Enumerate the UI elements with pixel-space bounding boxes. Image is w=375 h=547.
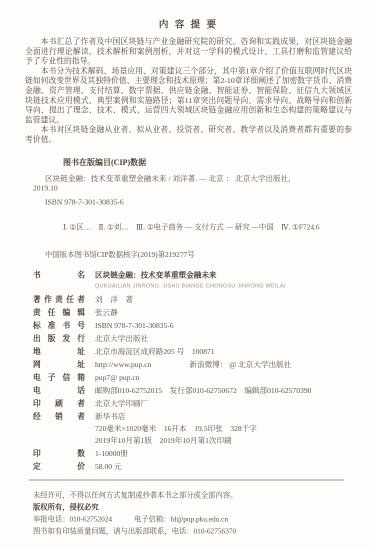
colophon-label: 电话 [33,386,85,396]
cip-classification: Ⅰ. ①区… Ⅱ. ①刘… Ⅲ. ①电子商务 — 支付方式 — 研究 —中国 Ⅳ… [63,221,352,232]
colophon-value-line: 新华书店 [95,412,352,422]
book-title-value: 区块链金融：技术变革重塑金融未来 [95,270,352,280]
page-stage: 内 容 提 要 本书汇总了作者及中国区块链与产业金融研究院的研究、咨询和实践成果… [0,0,375,547]
footer-line: 举报电话：010-62752024 电子信箱：fd@pup.pku.edu.cn [33,513,352,525]
colophon-row-distributor: 经销者 新华书店 720毫米×1020毫米 16开本 19.5印张 328千字 … [33,412,352,446]
colophon-label: 责任编辑 [33,308,85,318]
colophon-row-print-run: 印数 1-10000册 [33,449,352,459]
colophon-row-phone: 电话 邮购部010-62752015 发行部010-62750672 编辑部01… [33,386,352,396]
footer-line: 未经许可，不得以任何方式复制或抄袭本书之部分或全部内容。 [33,489,352,501]
colophon-row-isbn: 标准书号 ISBN 978-7-301-30835-6 [33,321,352,331]
book-title-pinyin: QUKUAILIAN JINRONG: JISHU BIANGE CHONGSU… [95,282,352,289]
colophon-row-editor: 责任编辑 张云静 [33,308,352,318]
cip-description-line: 区块链金融：技术变革重塑金融未来 / 刘洋著. — 北京 ： 北京大学出版社， [33,174,352,184]
colophon-value: 北京大学出版社 [85,334,352,344]
colophon-value: 1-10000册 [85,449,352,459]
colophon-value-line: 北京大学出版社 [95,334,352,344]
colophon-value-line: 720毫米×1020毫米 16开本 19.5印张 328千字 [95,424,352,434]
colophon-label: 标准书号 [33,321,85,331]
cip-section: 图书在版编目(CIP)数据 区块链金融：技术变革重塑金融未来 / 刘洋著. — … [33,156,352,260]
colophon-label: 书名 [33,270,85,291]
colophon-value-line: 2019年10月第1版 2019年10月第1次印刷 [95,436,352,446]
colophon-label: 印刷者 [33,399,85,409]
cip-header: 图书在版编目(CIP)数据 [63,156,352,168]
colophon-row-website: 网址 http://www.pup.cn 新浪微博： @ 北京大学出版社 [33,360,352,370]
summary-paragraph: 本书对区块链金融从业者、拟从业者、投资者、研究者、教学者以及消费者都有重要的参考… [25,125,352,145]
colophon-value: ISBN 978-7-301-30835-6 [85,321,352,331]
cip-record-number: 中国版本图书馆CIP数据核字(2019)第219277号 [45,249,352,260]
colophon-label: 电子信箱 [33,373,85,383]
colophon-value: http://www.pup.cn 新浪微博： @ 北京大学出版社 [85,360,352,370]
colophon-value-line: ISBN 978-7-301-30835-6 [95,321,352,331]
colophon-value: 邮购部010-62752015 发行部010-62750672 编辑部010-6… [85,386,352,396]
colophon-value-line: 北京大学印刷厂 [95,399,352,409]
colophon-label: 定价 [33,462,85,472]
colophon-value: 北京大学印刷厂 [85,399,352,409]
colophon-value: 新华书店 720毫米×1020毫米 16开本 19.5印张 328千字 2019… [85,412,352,446]
colophon-label: 著作责任者 [33,295,85,305]
colophon-value: pup7@ pup.cn [85,373,352,383]
colophon-value-line: 刘 洋 著 [95,295,352,305]
content-summary-title: 内 容 提 要 [25,17,352,31]
colophon-row-price: 定价 58.00 元 [33,462,352,472]
colophon-value-line: pup7@ pup.cn [95,373,352,383]
colophon-value: 刘 洋 著 [85,295,352,305]
colophon-value-line: 北京市海淀区成府路205 号 100871 [95,347,352,357]
colophon-value: 58.00 元 [85,462,352,472]
cip-description: 区块链金融：技术变革重塑金融未来 / 刘洋著. — 北京 ： 北京大学出版社， … [33,174,352,194]
colophon-label: 印数 [33,449,85,459]
colophon-label: 经销者 [33,412,85,446]
colophon-label: 地址 [33,347,85,357]
colophon-row-printer: 印刷者 北京大学印刷厂 [33,399,352,409]
colophon-row-address: 地址 北京市海淀区成府路205 号 100871 [33,347,352,357]
colophon-label: 出版发行 [33,334,85,344]
cip-description-line: 2019.10 [33,184,352,194]
colophon-value-line: 邮购部010-62752015 发行部010-62750672 编辑部010-6… [95,386,352,396]
colophon-value-line: http://www.pup.cn 新浪微博： @ 北京大学出版社 [95,360,352,370]
cip-isbn: ISBN 978-7-301-30835-6 [33,198,352,207]
colophon-value-line: 58.00 元 [95,462,352,472]
divider-rule [29,479,344,480]
colophon-row-book-title: 书名 区块链金融：技术变革重塑金融未来 QUKUAILIAN JINRONG: … [33,270,352,291]
colophon-value-line: 张云静 [95,308,352,318]
colophon-value: 北京市海淀区成府路205 号 100871 [85,347,352,357]
colophon-value: 区块链金融：技术变革重塑金融未来 QUKUAILIAN JINRONG: JIS… [85,270,352,291]
colophon-value: 张云静 [85,308,352,318]
copyright-page: 内 容 提 要 本书汇总了作者及中国区块链与产业金融研究院的研究、咨询和实践成果… [0,0,375,547]
summary-paragraph: 本书汇总了作者及中国区块链与产业金融研究院的研究、咨询和实践成果，对区块链金融全… [25,37,352,66]
colophon-row-publisher: 出版发行 北京大学出版社 [33,334,352,344]
colophon-row-author: 著作责任者 刘 洋 著 [33,295,352,305]
copyright-notice: 未经许可，不得以任何方式复制或抄袭本书之部分或全部内容。 版权所有，侵权必究 举… [33,489,352,537]
colophon-row-email: 电子信箱 pup7@ pup.cn [33,373,352,383]
colophon-table: 书名 区块链金融：技术变革重塑金融未来 QUKUAILIAN JINRONG: … [33,270,352,471]
colophon-label: 网址 [33,360,85,370]
summary-paragraph: 本书分为技术解码、场景应用、对策建议三个部分，其中第1章介绍了价值互联网时代区块… [25,66,352,125]
footer-line: 图书如有印装质量问题，请与出版部联系，电话：010-62756370 [33,525,352,537]
footer-line-copyright: 版权所有，侵权必究 [33,501,352,513]
colophon-value-line: 1-10000册 [95,449,352,459]
